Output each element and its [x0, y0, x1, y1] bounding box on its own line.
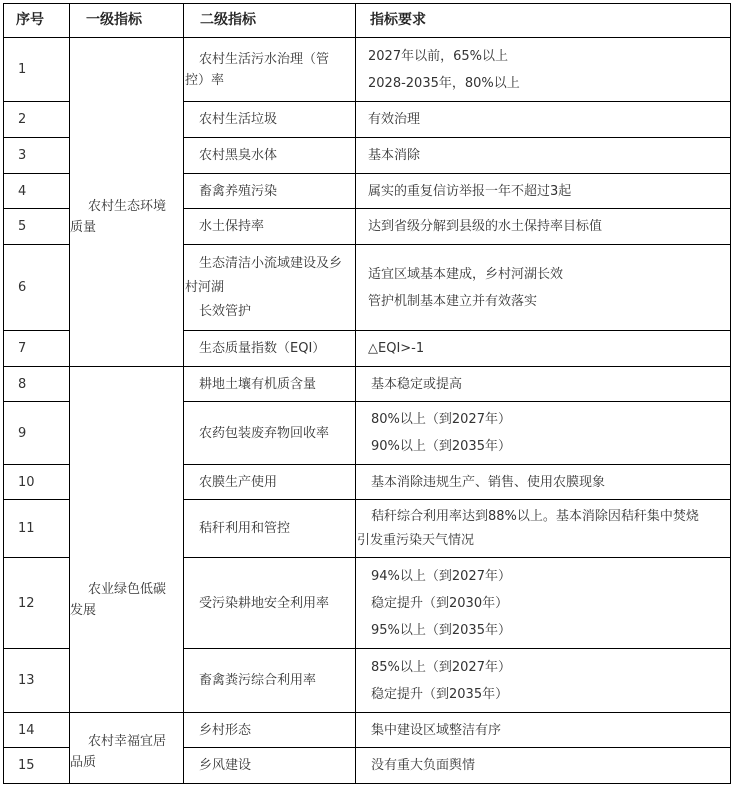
level1-indicator-group: 农村生态环境 质量 — [70, 38, 184, 367]
requirement-line: 管护机制基本建立并有效落实 — [368, 288, 730, 315]
header-requirement: 指标要求 — [356, 4, 731, 38]
requirement: 适宜区域基本建成，乡村河湖长效 管护机制基本建立并有效落实 — [356, 245, 731, 331]
level2-indicator: 农村黑臭水体 — [184, 138, 356, 174]
requirement: △EQI>-1 — [356, 331, 731, 367]
requirement: 属实的重复信访举报一年不超过3起 — [356, 174, 731, 209]
level2-indicator: 农药包装废弃物回收率 — [184, 402, 356, 465]
requirement-line: 秸秆综合利用率达到88%以上。基本消除因秸秆集中焚烧 — [357, 505, 730, 529]
requirement: 基本稳定或提高 — [356, 367, 731, 402]
requirement: 秸秆综合利用率达到88%以上。基本消除因秸秆集中焚烧 引发重污染天气情况 — [356, 500, 731, 558]
level2-indicator: 农村生活污水治理（管 控）率 — [184, 38, 356, 102]
requirement: 集中建设区域整洁有序 — [356, 713, 731, 748]
serial-no: 4 — [4, 174, 70, 209]
requirement-line: 94%以上（到2027年） — [371, 563, 730, 590]
serial-no: 1 — [4, 38, 70, 102]
requirement-line: 适宜区域基本建成，乡村河湖长效 — [368, 261, 730, 288]
serial-no: 11 — [4, 500, 70, 558]
header-serial-no: 序号 — [4, 4, 70, 38]
serial-no: 6 — [4, 245, 70, 331]
level2-indicator: 畜禽养殖污染 — [184, 174, 356, 209]
indicator-line: 控）率 — [185, 70, 355, 91]
requirement: 基本消除违规生产、销售、使用农膜现象 — [356, 465, 731, 500]
requirement-line: 稳定提升（到2035年） — [371, 681, 730, 708]
level1-label-line: 农村生态环境 — [70, 196, 183, 217]
level2-indicator: 农膜生产使用 — [184, 465, 356, 500]
serial-no: 3 — [4, 138, 70, 174]
indicator-table: 序号 一级指标 二级指标 指标要求 1 农村生态环境 质量 农村生活污水治理（管… — [3, 3, 731, 784]
serial-no: 12 — [4, 558, 70, 649]
requirement-line: 90%以上（到2035年） — [371, 433, 730, 460]
level2-indicator: 受污染耕地安全利用率 — [184, 558, 356, 649]
requirement-line: 85%以上（到2027年） — [371, 654, 730, 681]
requirement-line: 2028-2035年，80%以上 — [368, 70, 730, 97]
level1-label-line: 发展 — [70, 600, 183, 621]
serial-no: 7 — [4, 331, 70, 367]
table-header-row: 序号 一级指标 二级指标 指标要求 — [4, 4, 731, 38]
serial-no: 14 — [4, 713, 70, 748]
indicator-line: 村河湖 — [185, 276, 355, 300]
requirement-line: 引发重污染天气情况 — [357, 529, 730, 553]
requirement: 94%以上（到2027年） 稳定提升（到2030年） 95%以上（到2035年） — [356, 558, 731, 649]
serial-no: 2 — [4, 102, 70, 138]
serial-no: 10 — [4, 465, 70, 500]
level2-indicator: 生态清洁小流域建设及乡 村河湖 长效管护 — [184, 245, 356, 331]
level1-label-line: 农村幸福宜居 — [70, 731, 183, 752]
level2-indicator: 乡风建设 — [184, 748, 356, 784]
level2-indicator: 生态质量指数（EQI） — [184, 331, 356, 367]
requirement-line: 80%以上（到2027年） — [371, 406, 730, 433]
level1-label-line: 农业绿色低碳 — [70, 579, 183, 600]
level2-indicator: 乡村形态 — [184, 713, 356, 748]
indicator-line: 长效管护 — [185, 300, 355, 324]
table-row: 8 农业绿色低碳 发展 耕地土壤有机质含量 基本稳定或提高 — [4, 367, 731, 402]
level1-indicator-group: 农村幸福宜居 品质 — [70, 713, 184, 784]
table-row: 1 农村生态环境 质量 农村生活污水治理（管 控）率 2027年以前，65%以上… — [4, 38, 731, 102]
serial-no: 15 — [4, 748, 70, 784]
level2-indicator: 水土保持率 — [184, 209, 356, 245]
serial-no: 9 — [4, 402, 70, 465]
requirement: 2027年以前，65%以上 2028-2035年，80%以上 — [356, 38, 731, 102]
requirement: 80%以上（到2027年） 90%以上（到2035年） — [356, 402, 731, 465]
level2-indicator: 耕地土壤有机质含量 — [184, 367, 356, 402]
requirement: 没有重大负面舆情 — [356, 748, 731, 784]
header-level2-indicator: 二级指标 — [184, 4, 356, 38]
indicator-line: 农村生活污水治理（管 — [185, 49, 355, 70]
serial-no: 5 — [4, 209, 70, 245]
level2-indicator: 畜禽粪污综合利用率 — [184, 649, 356, 713]
indicator-line: 生态清洁小流域建设及乡 — [185, 252, 355, 276]
requirement: 有效治理 — [356, 102, 731, 138]
requirement-line: 95%以上（到2035年） — [371, 617, 730, 644]
requirement-line: 稳定提升（到2030年） — [371, 590, 730, 617]
serial-no: 13 — [4, 649, 70, 713]
level2-indicator: 秸秆利用和管控 — [184, 500, 356, 558]
level2-indicator: 农村生活垃圾 — [184, 102, 356, 138]
requirement: 基本消除 — [356, 138, 731, 174]
table-row: 14 农村幸福宜居 品质 乡村形态 集中建设区域整洁有序 — [4, 713, 731, 748]
requirement: 达到省级分解到县级的水土保持率目标值 — [356, 209, 731, 245]
serial-no: 8 — [4, 367, 70, 402]
level1-indicator-group: 农业绿色低碳 发展 — [70, 367, 184, 713]
level1-label-line: 品质 — [70, 752, 183, 773]
requirement-line: 2027年以前，65%以上 — [368, 43, 730, 70]
header-level1-indicator: 一级指标 — [70, 4, 184, 38]
level1-label-line: 质量 — [70, 217, 183, 238]
requirement: 85%以上（到2027年） 稳定提升（到2035年） — [356, 649, 731, 713]
